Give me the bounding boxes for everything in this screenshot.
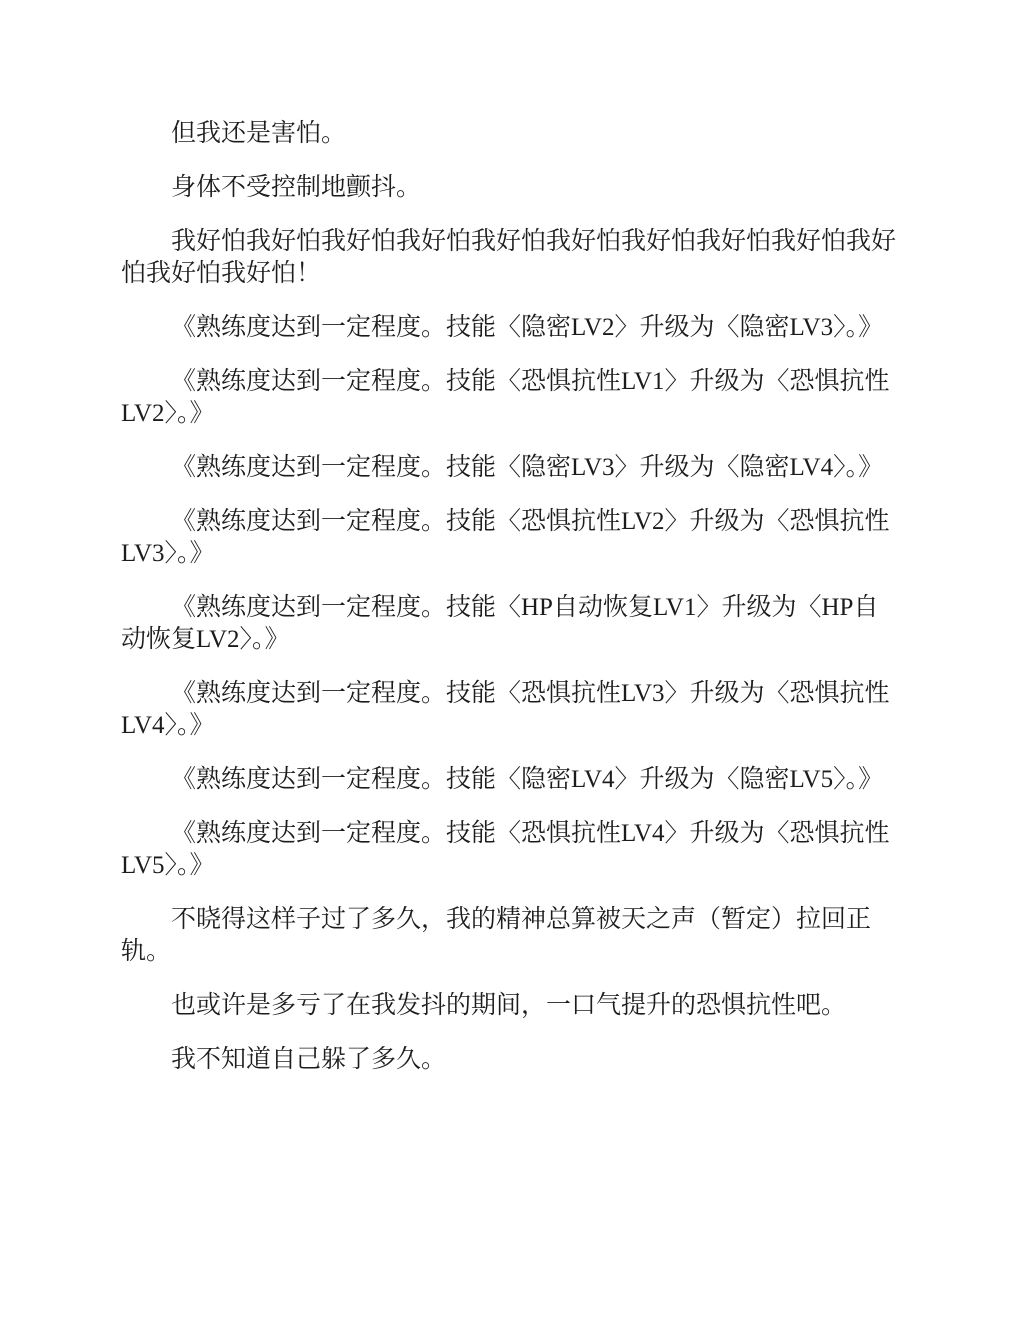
paragraph: 《熟练度达到一定程度。技能〈隐密LV3〉升级为〈隐密LV4〉。》 [121,452,902,484]
ebook-page: 但我还是害怕。身体不受控制地颤抖。我好怕我好怕我好怕我好怕我好怕我好怕我好怕我好… [0,0,1020,1320]
paragraph: 《熟练度达到一定程度。技能〈隐密LV2〉升级为〈隐密LV3〉。》 [121,312,902,344]
paragraph: 但我还是害怕。 [121,118,902,150]
paragraph: 也或许是多亏了在我发抖的期间，一口气提升的恐惧抗性吧。 [121,990,902,1022]
paragraph: 《熟练度达到一定程度。技能〈恐惧抗性LV1〉升级为〈恐惧抗性LV2〉。》 [121,366,902,430]
paragraph: 《熟练度达到一定程度。技能〈隐密LV4〉升级为〈隐密LV5〉。》 [121,764,902,796]
paragraph: 身体不受控制地颤抖。 [121,172,902,204]
text-content: 但我还是害怕。身体不受控制地颤抖。我好怕我好怕我好怕我好怕我好怕我好怕我好怕我好… [121,118,902,1076]
paragraph: 《熟练度达到一定程度。技能〈恐惧抗性LV2〉升级为〈恐惧抗性LV3〉。》 [121,506,902,570]
paragraph: 《熟练度达到一定程度。技能〈恐惧抗性LV3〉升级为〈恐惧抗性LV4〉。》 [121,678,902,742]
paragraph: 不晓得这样子过了多久，我的精神总算被天之声（暂定）拉回正轨。 [121,904,902,968]
paragraph: 《熟练度达到一定程度。技能〈HP自动恢复LV1〉升级为〈HP自动恢复LV2〉。》 [121,592,902,656]
paragraph: 我不知道自己躲了多久。 [121,1044,902,1076]
paragraph: 《熟练度达到一定程度。技能〈恐惧抗性LV4〉升级为〈恐惧抗性LV5〉。》 [121,818,902,882]
paragraph: 我好怕我好怕我好怕我好怕我好怕我好怕我好怕我好怕我好怕我好怕我好怕我好怕！ [121,226,902,290]
